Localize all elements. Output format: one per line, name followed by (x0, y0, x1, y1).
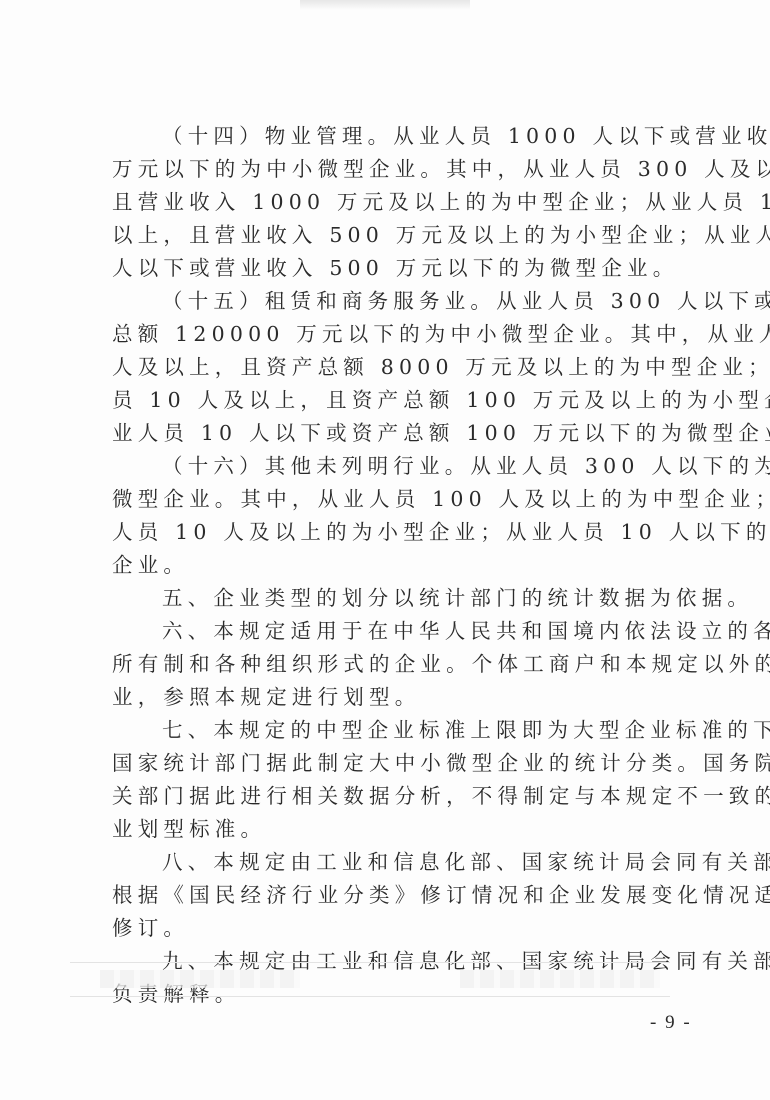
text-line: （十四）物业管理。从业人员 1000 人以下或营业收入 5000 (112, 120, 702, 153)
text-line: 七、本规定的中型企业标准上限即为大型企业标准的下限， (112, 714, 702, 747)
paragraph-article-7: 七、本规定的中型企业标准上限即为大型企业标准的下限， 国家统计部门据此制定大中小… (112, 714, 702, 846)
text-line: 国家统计部门据此制定大中小微型企业的统计分类。国务院有 (112, 747, 702, 780)
text-line: 业，参照本规定进行划型。 (112, 681, 702, 714)
paragraph-article-6: 六、本规定适用于在中华人民共和国境内依法设立的各类 所有制和各种组织形式的企业。… (112, 615, 702, 714)
text-line: 业人员 10 人以下或资产总额 100 万元以下的为微型企业。 (112, 417, 702, 450)
text-line: 总额 120000 万元以下的为中小微型企业。其中，从业人员 100 (112, 318, 702, 351)
text-line: 人以下或营业收入 500 万元以下的为微型企业。 (112, 252, 702, 285)
text-line: 人及以上，且资产总额 8000 万元及以上的为中型企业；从业人 (112, 351, 702, 384)
text-line: 员 10 人及以上，且资产总额 100 万元及以上的为小型企业；从 (112, 384, 702, 417)
text-line: 修订。 (112, 912, 702, 945)
text-line: 所有制和各种组织形式的企业。个体工商户和本规定以外的行 (112, 648, 702, 681)
text-line: 万元以下的为中小微型企业。其中，从业人员 300 人及以上， (112, 153, 702, 186)
text-line: （十五）租赁和商务服务业。从业人员 300 人以下或资产 (112, 285, 702, 318)
bleed-rule-top (70, 962, 670, 963)
paragraph-item-16: （十六）其他未列明行业。从业人员 300 人以下的为中小 微型企业。其中，从业人… (112, 450, 702, 582)
text-line: 人员 10 人及以上的为小型企业；从业人员 10 人以下的为微型 (112, 516, 702, 549)
text-line: 关部门据此进行相关数据分析，不得制定与本规定不一致的企 (112, 780, 702, 813)
text-line: 且营业收入 1000 万元及以上的为中型企业；从业人员 100 人及 (112, 186, 702, 219)
page-number: - 9 - (650, 1012, 692, 1034)
text-line: 八、本规定由工业和信息化部、国家统计局会同有关部门 (112, 846, 702, 879)
paragraph-article-8: 八、本规定由工业和信息化部、国家统计局会同有关部门 根据《国民经济行业分类》修订… (112, 846, 702, 945)
scan-bleed-through (70, 962, 670, 1000)
text-line: （十六）其他未列明行业。从业人员 300 人以下的为中小 (112, 450, 702, 483)
paragraph-article-5: 五、企业类型的划分以统计部门的统计数据为依据。 (112, 582, 702, 615)
text-line: 业划型标准。 (112, 813, 702, 846)
bleed-rule-bottom (70, 996, 670, 997)
text-line: 六、本规定适用于在中华人民共和国境内依法设立的各类 (112, 615, 702, 648)
text-line: 企业。 (112, 549, 702, 582)
paragraph-item-14: （十四）物业管理。从业人员 1000 人以下或营业收入 5000 万元以下的为中… (112, 120, 702, 285)
text-line: 以上，且营业收入 500 万元及以上的为小型企业；从业人员 100 (112, 219, 702, 252)
bleed-text-right (460, 970, 660, 988)
paragraph-item-15: （十五）租赁和商务服务业。从业人员 300 人以下或资产 总额 120000 万… (112, 285, 702, 450)
text-line: 根据《国民经济行业分类》修订情况和企业发展变化情况适时 (112, 879, 702, 912)
text-line: 五、企业类型的划分以统计部门的统计数据为依据。 (112, 582, 702, 615)
bleed-text-left (100, 970, 300, 988)
document-page: （十四）物业管理。从业人员 1000 人以下或营业收入 5000 万元以下的为中… (0, 0, 770, 1100)
document-body: （十四）物业管理。从业人员 1000 人以下或营业收入 5000 万元以下的为中… (112, 120, 702, 1011)
text-line: 微型企业。其中，从业人员 100 人及以上的为中型企业；从业 (112, 483, 702, 516)
